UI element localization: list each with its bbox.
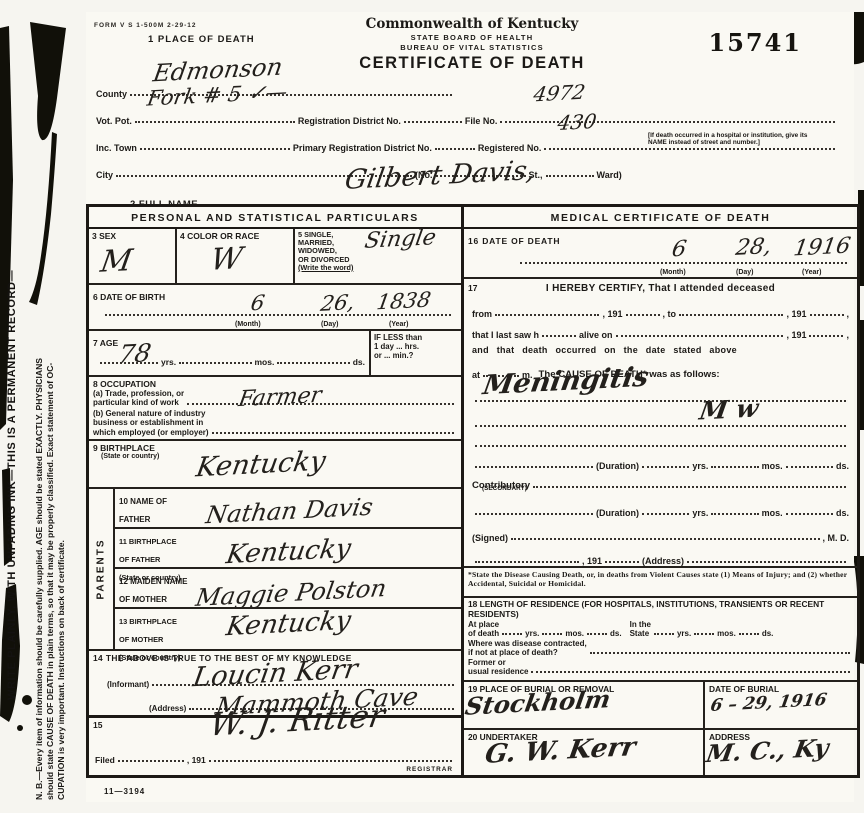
color-race-cell: 4 COLOR OR RACE W	[177, 229, 295, 283]
duration1-mos: mos.	[762, 461, 783, 471]
file-no-blank	[500, 120, 835, 123]
length-of-residence-label: 18 LENGTH OF RESIDENCE (FOR HOSPITALS, I…	[468, 600, 853, 619]
city-row: City (No. St., Ward)	[96, 153, 838, 180]
margin-instruction-note: N. B.—Every item of information should b…	[34, 100, 67, 800]
dob-year-handwriting: 1838	[375, 290, 432, 314]
him-her-blank	[542, 334, 576, 337]
duration2-yrs: yrs.	[692, 508, 708, 518]
duration-label-2: (Duration)	[596, 508, 639, 518]
cause-blank-1	[475, 399, 846, 402]
duration1-yrs: yrs.	[692, 461, 708, 471]
res-yrs-1: yrs.	[525, 629, 539, 638]
signed-date-blank	[475, 560, 579, 563]
cause-of-death-footnote: *State the Disease Causing Death, or, in…	[464, 566, 857, 598]
last-saw-row: that I last saw h alive on , 191 ,	[472, 319, 849, 340]
medical-certificate-column: MEDICAL CERTIFICATE OF DEATH 16 DATE OF …	[464, 207, 857, 775]
place-of-death-rows: County Edmonson Vot. Pot. Registration D…	[96, 72, 838, 210]
scanned-death-certificate: WRITE PLAINLY, WITH UNFADING INK—THIS IS…	[0, 0, 864, 813]
city-label: City	[96, 170, 113, 180]
burial-row: 19 PLACE OF BURIAL OR REMOVAL Stockholm …	[464, 682, 857, 730]
undertaker-address-label: ADDRESS	[709, 732, 750, 742]
place-of-burial-cell: 19 PLACE OF BURIAL OR REMOVAL Stockholm	[464, 682, 705, 728]
occupation-row: 8 OCCUPATION (a) Trade, profession, or p…	[89, 377, 461, 441]
certificate-paper: FORM V S 1-500M 2-29-12 1 PLACE OF DEATH…	[86, 12, 854, 802]
color-race-value-handwriting: W	[208, 244, 244, 276]
age-yrs-label: yrs.	[161, 357, 176, 367]
voting-precinct-row: Vot. Pot. Registration District No. File…	[96, 99, 838, 126]
county-label: County	[96, 89, 127, 99]
informant-section: 14 THE ABOVE IS TRUE TO THE BEST OF MY K…	[89, 649, 461, 715]
color-race-label: 4 COLOR OR RACE	[180, 231, 290, 241]
former-residence-row: Former or usual residence	[468, 658, 853, 676]
date-of-death-row: 16 DATE OF DEATH (Month) (Day) (Year) 6 …	[464, 229, 857, 279]
knowledge-statement-label: 14 THE ABOVE IS TRUE TO THE BEST OF MY K…	[93, 653, 457, 663]
father-birthplace-row: 11 BIRTHPLACE OF FATHER (State or countr…	[115, 529, 461, 569]
father-name-row: 10 NAME OF FATHER Nathan Davis	[115, 489, 461, 529]
to-blank	[679, 313, 783, 316]
occupation-b-label: (b) General nature of industry business …	[93, 409, 209, 437]
at-time-blank	[483, 374, 519, 377]
sex-color-marital-row: 3 SEX M 4 COLOR OR RACE W 5 SINGLE, MARR…	[89, 229, 461, 285]
to-191: , 191	[786, 309, 806, 319]
father-birthplace-handwriting: Kentucky	[224, 536, 352, 568]
filed-label: Filed	[95, 755, 115, 765]
to-year-blank	[810, 313, 844, 316]
parents-rail: PARENTS	[89, 489, 115, 649]
registered-no-blank	[544, 147, 835, 150]
inc-town-blank	[140, 147, 290, 150]
if-less-than-day-label: IF LESS than 1 day ... hrs. or ... min.?	[369, 331, 461, 375]
res-mos-2: mos.	[717, 629, 736, 638]
signed-191: , 191	[582, 556, 602, 566]
age-mos-label: mos.	[255, 357, 275, 367]
sex-value-handwriting: M	[98, 246, 134, 278]
filed-date-blank	[118, 759, 184, 762]
date-of-burial-cell: DATE OF BURIAL 6 – 29, 1916	[705, 682, 857, 728]
former-residence-blank	[531, 670, 850, 673]
certificate-table: PERSONAL AND STATISTICAL PARTICULARS 3 S…	[86, 204, 860, 778]
registered-no-label: Registered No.	[478, 143, 542, 153]
at-label: at	[472, 370, 480, 380]
undertaker-address-cell: ADDRESS M. C., Ky	[705, 730, 857, 776]
md-address-label: (Address)	[642, 556, 684, 566]
ward-label: Ward)	[597, 170, 622, 180]
attended-from-row: from , 191 , to , 191 ,	[472, 298, 849, 319]
comma-2: ,	[846, 330, 849, 340]
disease-contracted-row: Where was disease contracted, if not at …	[468, 639, 853, 657]
commonwealth-line: Commonwealth of Kentucky	[272, 16, 672, 32]
length-of-residence-section: 18 LENGTH OF RESIDENCE (FOR HOSPITALS, I…	[464, 598, 857, 682]
registration-district-blank	[404, 120, 462, 123]
md-label: , M. D.	[823, 533, 850, 543]
cause-of-death-label: The CAUSE OF DEATH* was as follows:	[539, 369, 720, 380]
filed-line: Filed , 191	[95, 755, 455, 765]
res-ds-2: ds.	[762, 629, 774, 638]
former-residence-label: Former or usual residence	[468, 658, 528, 676]
comma: ,	[847, 309, 850, 319]
marital-status-cell: 5 SINGLE, MARRIED, WIDOWED, OR DIVORCED …	[295, 229, 461, 283]
margin-note-line-3: CUPATION is very important. Instructions…	[56, 100, 67, 800]
votpot-label: Vot. Pot.	[96, 116, 132, 126]
parents-section: PARENTS 10 NAME OF FATHER Nathan Davis 1…	[89, 489, 461, 649]
city-blank	[116, 174, 412, 177]
to-label: , to	[663, 309, 677, 319]
contributory-blank	[533, 485, 846, 488]
signed-row: (Signed) , M. D.	[472, 518, 849, 543]
informant-blank	[152, 683, 454, 686]
form-number: FORM V S 1-500M 2-29-12	[94, 22, 196, 29]
informant-address-label: (Address)	[149, 704, 186, 713]
occupation-a-blank	[187, 402, 454, 405]
informant-address-row: (Address)	[93, 689, 457, 713]
informant-row: (Informant)	[93, 663, 457, 689]
birthplace-sublabel: (State or country)	[101, 453, 457, 460]
dod-month-handwriting: 6	[670, 239, 688, 262]
county-row: County Edmonson	[96, 72, 838, 99]
res-mos-1: mos.	[565, 629, 584, 638]
sex-cell: 3 SEX M	[89, 229, 177, 283]
secondary-sublabel: (SECONDARY)	[482, 485, 527, 492]
alive-year-blank	[809, 334, 843, 337]
place-of-death-label: 1 PLACE OF DEATH	[148, 34, 255, 45]
death-occurred-statement: and that death occurred on the date stat…	[472, 340, 849, 360]
occupation-a-label: (a) Trade, profession, or particular kin…	[93, 389, 184, 408]
signed-blank	[511, 537, 820, 540]
date-of-death-label: 16 DATE OF DEATH	[468, 236, 560, 246]
in-the-state-label: In the State	[630, 620, 651, 638]
residence-durations-row: At place of death yrs. mos. ds. In the S…	[468, 620, 853, 638]
primary-district-label: Primary Registration District No.	[293, 143, 432, 153]
margin-note-line-2: should state CAUSE OF DEATH in plain ter…	[45, 100, 56, 800]
mother-maiden-name-handwriting: Maggie Polston	[194, 576, 388, 610]
signed-label: (Signed)	[472, 533, 508, 543]
m-label: m.	[522, 370, 533, 380]
write-the-word-label: (Write the word)	[298, 264, 458, 272]
father-name-label: 10 NAME OF FATHER	[119, 497, 167, 524]
undertaker-row: 20 UNDERTAKER G. W. Kerr ADDRESS M. C., …	[464, 730, 857, 776]
certify-number: 17	[468, 283, 477, 293]
occupation-b-blank	[212, 431, 454, 434]
disease-contracted-label: Where was disease contracted, if not at …	[468, 639, 587, 657]
birthplace-label: 9 BIRTHPLACE	[93, 443, 457, 453]
certification-section: 17 I HEREBY CERTIFY, That I attended dec…	[464, 279, 857, 566]
county-value-handwriting: Edmonson	[151, 55, 284, 86]
registration-district-label: Registration District No.	[298, 116, 401, 126]
dob-month-handwriting: 6	[249, 293, 266, 315]
inc-town-label: Inc. Town	[96, 143, 137, 153]
mother-birthplace-row: 13 BIRTHPLACE OF MOTHER (State or countr…	[115, 609, 461, 649]
res-ds-1: ds.	[610, 629, 622, 638]
age-cell: 7 AGE yrs. mos. ds. 78	[89, 331, 369, 375]
parents-label: PARENTS	[96, 538, 107, 599]
date-of-birth-blank	[105, 314, 451, 316]
signed-year-blank	[605, 560, 639, 563]
contributory-row: Contributory (SECONDARY)	[472, 471, 849, 497]
undertaker-label: 20 UNDERTAKER	[468, 732, 538, 742]
registrar-label: Registrar	[406, 766, 453, 773]
place-of-burial-label: 19 PLACE OF BURIAL OR REMOVAL	[468, 684, 614, 694]
occupation-label: 8 OCCUPATION	[93, 379, 457, 389]
duration-row-1: (Duration) yrs. mos. ds.	[472, 450, 849, 471]
dod-day-handwriting: 28,	[734, 236, 773, 260]
cause-blank-3	[475, 444, 846, 447]
date-of-birth-label: 6 DATE OF BIRTH	[93, 292, 165, 302]
from-191: , 191	[602, 309, 622, 319]
disease-contracted-blank	[590, 651, 850, 654]
inc-town-row: Inc. Town Primary Registration District …	[96, 126, 838, 153]
alive-191: , 191	[786, 330, 806, 340]
street-blank	[546, 174, 594, 177]
state-board-line: STATE BOARD OF HEALTH	[272, 33, 672, 42]
certificate-header: Commonwealth of Kentucky STATE BOARD OF …	[272, 16, 672, 73]
alive-on-blank	[616, 334, 784, 337]
informant-address-blank	[189, 707, 454, 710]
alive-on-label: alive on	[579, 330, 613, 340]
margin-note-line-1: N. B.—Every item of information should b…	[34, 100, 45, 800]
mother-maiden-name-row: 12 MAIDEN NAME OF MOTHER Maggie Polston	[115, 569, 461, 609]
certificate-title: CERTIFICATE OF DEATH	[272, 54, 672, 73]
age-row: 7 AGE yrs. mos. ds. 78 IF LESS than 1 da…	[89, 331, 461, 377]
from-year-blank	[626, 313, 660, 316]
street-no-label: (No.	[415, 170, 433, 180]
filed-sig-blank	[209, 759, 452, 762]
votpot-blank-line	[135, 120, 295, 123]
street-no-blank	[436, 174, 526, 177]
duration2-mos: mos.	[762, 508, 783, 518]
cause-blank-2	[475, 424, 846, 427]
from-label: from	[472, 309, 492, 319]
cause-line-3	[472, 430, 849, 450]
filed-191-label: , 191	[187, 755, 206, 765]
undertaker-cell: 20 UNDERTAKER G. W. Kerr	[464, 730, 705, 776]
age-ds-label: ds.	[353, 357, 365, 367]
at-place-of-death-label: At place of death	[468, 620, 499, 638]
date-of-burial-handwriting: 6 – 29, 1916	[709, 692, 828, 715]
birthplace-row: 9 BIRTHPLACE (State or country) Kentucky	[89, 441, 461, 489]
burial-section: 19 PLACE OF BURIAL OR REMOVAL Stockholm …	[464, 682, 857, 775]
date-of-death-blank	[520, 262, 847, 264]
from-blank	[495, 313, 599, 316]
personal-section-title: PERSONAL AND STATISTICAL PARTICULARS	[89, 207, 461, 229]
dob-day-sublabel: (Day)	[321, 321, 339, 328]
plate-number: 11—3194	[104, 787, 145, 796]
county-blank-line	[130, 93, 452, 96]
cause-line-2: M w	[472, 405, 849, 430]
age-label: 7 AGE	[93, 338, 118, 348]
signed-date-address-row: , 191 (Address)	[472, 543, 849, 566]
file-no-label: File No.	[465, 116, 498, 126]
medical-section-title: MEDICAL CERTIFICATE OF DEATH	[464, 207, 857, 229]
marital-label: 5 SINGLE, MARRIED, WIDOWED, OR DIVORCED	[298, 231, 458, 264]
res-yrs-2: yrs.	[677, 629, 691, 638]
mother-birthplace-handwriting: Kentucky	[224, 608, 352, 640]
date-of-birth-row: 6 DATE OF BIRTH (Month) (Day) (Year) 6 2…	[89, 285, 461, 331]
cause-of-death-heading-row: at m. The CAUSE OF DEATH* was as follows…	[472, 360, 849, 380]
dob-year-sublabel: (Year)	[389, 321, 408, 328]
informant-label: (Informant)	[107, 680, 149, 689]
personal-particulars-column: PERSONAL AND STATISTICAL PARTICULARS 3 S…	[89, 207, 464, 775]
duration-label-1: (Duration)	[596, 461, 639, 471]
filed-row: 15 Filed , 191 W. J. Ritter Registrar	[89, 715, 461, 775]
dod-year-sublabel: (Year)	[802, 269, 821, 276]
margin-instruction-bold: WRITE PLAINLY, WITH UNFADING INK—THIS IS…	[6, 140, 18, 700]
primary-district-blank	[435, 147, 475, 150]
mother-maiden-name-label: 12 MAIDEN NAME OF MOTHER	[119, 577, 187, 604]
place-of-death-section: FORM V S 1-500M 2-29-12 1 PLACE OF DEATH…	[86, 12, 854, 204]
dob-day-handwriting: 26,	[319, 292, 356, 315]
street-label: St.,	[529, 170, 543, 180]
certify-statement: I HEREBY CERTIFY, That I attended deceas…	[472, 283, 849, 294]
date-of-burial-label: DATE OF BURIAL	[709, 684, 779, 694]
dod-year-handwriting: 1916	[792, 236, 852, 261]
father-name-handwriting: Nathan Davis	[204, 495, 374, 528]
cause-line-1: Meningitis	[472, 380, 849, 405]
dob-month-sublabel: (Month)	[235, 321, 261, 328]
filed-number: 15	[93, 720, 102, 730]
last-saw-label: that I last saw h	[472, 330, 539, 340]
sex-label: 3 SEX	[92, 231, 172, 241]
bureau-line: BUREAU OF VITAL STATISTICS	[272, 43, 672, 52]
duration2-ds: ds.	[836, 508, 849, 518]
duration-row-2: (Duration) yrs. mos. ds.	[472, 497, 849, 518]
dod-month-sublabel: (Month)	[660, 269, 686, 276]
certificate-number-stamp: 15741	[709, 28, 803, 57]
duration1-ds: ds.	[836, 461, 849, 471]
age-blank-line: yrs. mos. ds.	[97, 357, 365, 367]
md-address-blank	[687, 560, 846, 563]
dod-day-sublabel: (Day)	[736, 269, 754, 276]
